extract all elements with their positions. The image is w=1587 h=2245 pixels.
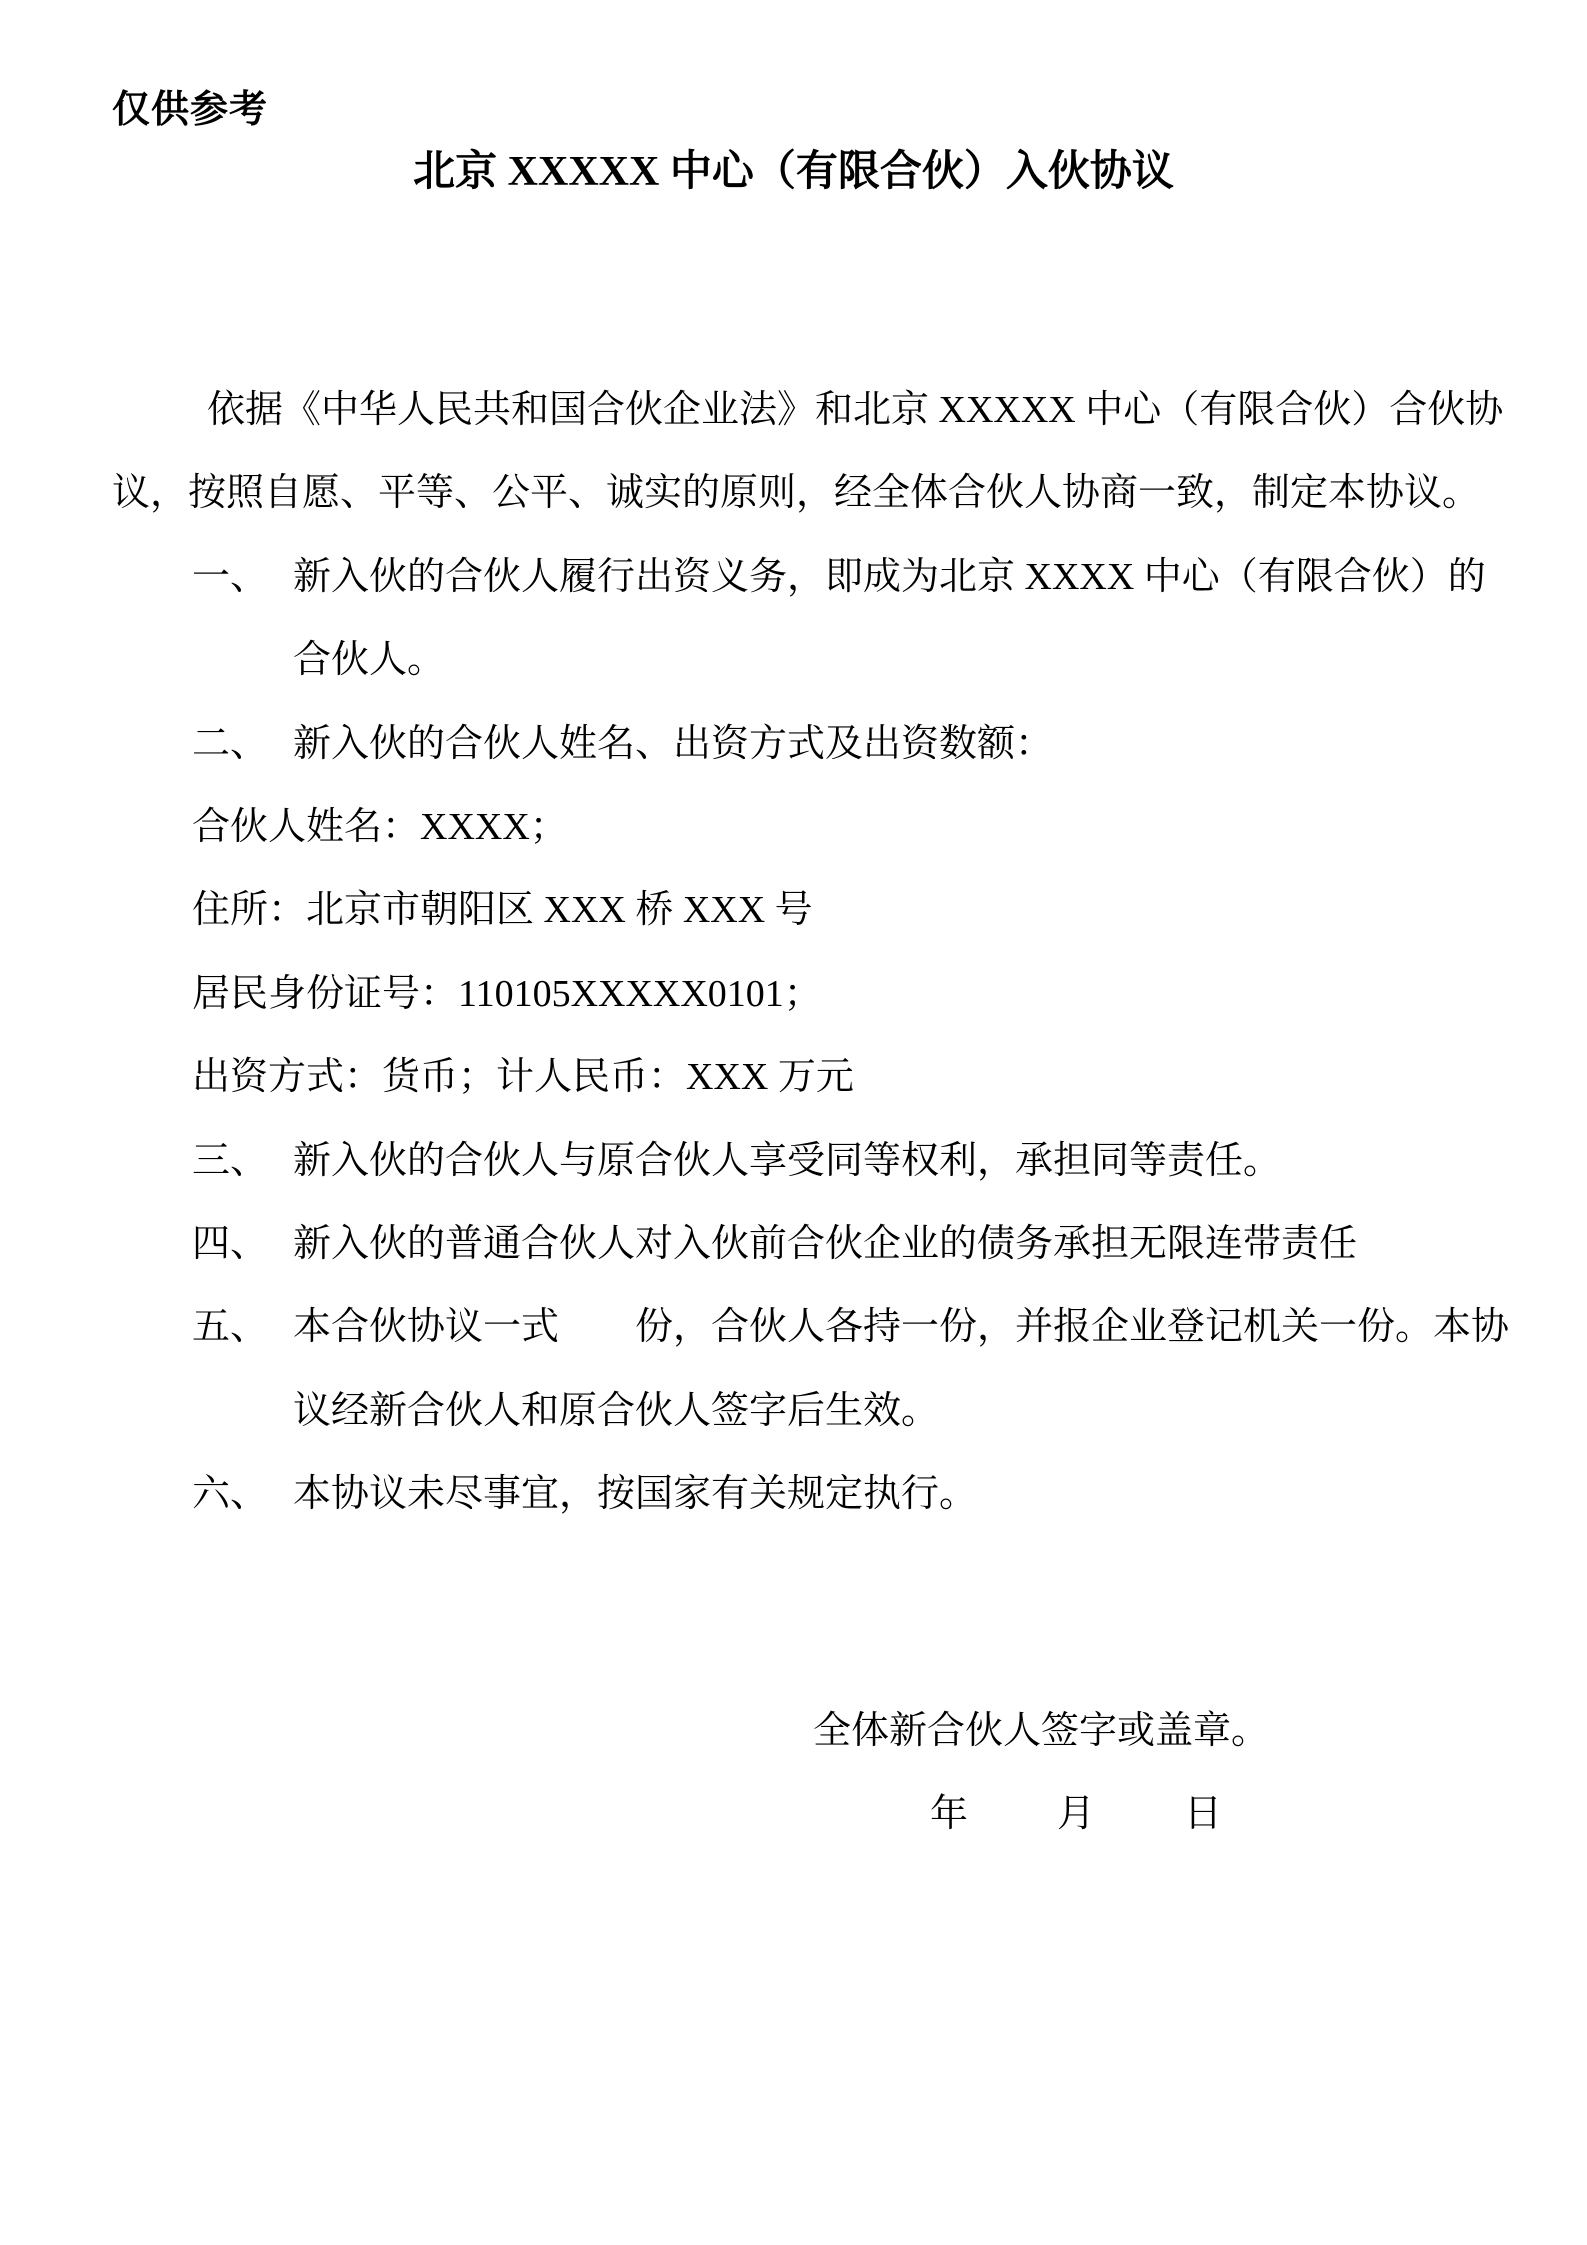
page-title: 北京 XXXXX 中心（有限合伙）入伙协议 (112, 144, 1475, 200)
id-number-line: 居民身份证号：110105XXXXX0101； (112, 953, 1475, 1036)
list-item-marker: 六、 (192, 1453, 268, 1536)
list-item-text: 新入伙的普通合伙人对入伙前合伙企业的债务承担无限连带责任 (293, 1223, 1357, 1265)
list-item-text: 本合伙协议一式 份，合伙人各持一份，并报企业登记机关一份。本协 (293, 1306, 1509, 1348)
intro-paragraph-line: 依据《中华人民共和国合伙企业法》和北京 XXXXX 中心（有限合伙）合伙协 (112, 369, 1475, 452)
list-item-marker: 二、 (192, 703, 268, 786)
signature-instruction: 全体新合伙人签字或盖章。 (112, 1690, 1475, 1773)
list-item-2: 二、新入伙的合伙人姓名、出资方式及出资数额： (112, 703, 1475, 786)
list-item-text: 新入伙的合伙人与原合伙人享受同等权利，承担同等责任。 (293, 1140, 1281, 1182)
reference-note: 仅供参考 (112, 86, 1475, 134)
list-item-text: 新入伙的合伙人姓名、出资方式及出资数额： (293, 723, 1053, 765)
list-item-marker: 三、 (192, 1120, 268, 1203)
list-item-marker: 一、 (192, 536, 268, 619)
list-item-3: 三、新入伙的合伙人与原合伙人享受同等权利，承担同等责任。 (112, 1120, 1475, 1203)
contribution-line: 出资方式：货币；计人民币：XXX 万元 (112, 1036, 1475, 1119)
address-line: 住所：北京市朝阳区 XXX 桥 XXX 号 (112, 869, 1475, 952)
document-page: 仅供参考 北京 XXXXX 中心（有限合伙）入伙协议 依据《中华人民共和国合伙企… (0, 0, 1587, 2245)
signature-block: 全体新合伙人签字或盖章。 年 月 日 (112, 1690, 1475, 1857)
partner-name-line: 合伙人姓名：XXXX； (112, 786, 1475, 869)
date-day-label: 日 (1184, 1773, 1222, 1856)
intro-paragraph-line: 议，按照自愿、平等、公平、诚实的原则，经全体合伙人协商一致，制定本协议。 (112, 452, 1475, 535)
list-item-text: 新入伙的合伙人履行出资义务，即成为北京 XXXX 中心（有限合伙）的 (293, 556, 1486, 598)
list-item-text: 本协议未尽事宜，按国家有关规定执行。 (293, 1473, 977, 1515)
list-item-marker: 五、 (192, 1286, 268, 1369)
document-body: 依据《中华人民共和国合伙企业法》和北京 XXXXX 中心（有限合伙）合伙协 议，… (112, 369, 1475, 1537)
date-month-label: 月 (1057, 1773, 1095, 1856)
list-item-5: 五、本合伙协议一式 份，合伙人各持一份，并报企业登记机关一份。本协 (112, 1286, 1475, 1369)
list-item-1: 一、新入伙的合伙人履行出资义务，即成为北京 XXXX 中心（有限合伙）的 (112, 536, 1475, 619)
list-item-5-continuation: 议经新合伙人和原合伙人签字后生效。 (112, 1370, 1475, 1453)
list-item-1-continuation: 合伙人。 (112, 619, 1475, 702)
date-year-label: 年 (930, 1773, 968, 1856)
date-line: 年 月 日 (112, 1773, 1475, 1856)
list-item-6: 六、本协议未尽事宜，按国家有关规定执行。 (112, 1453, 1475, 1536)
list-item-marker: 四、 (192, 1203, 268, 1286)
list-item-4: 四、新入伙的普通合伙人对入伙前合伙企业的债务承担无限连带责任 (112, 1203, 1475, 1286)
